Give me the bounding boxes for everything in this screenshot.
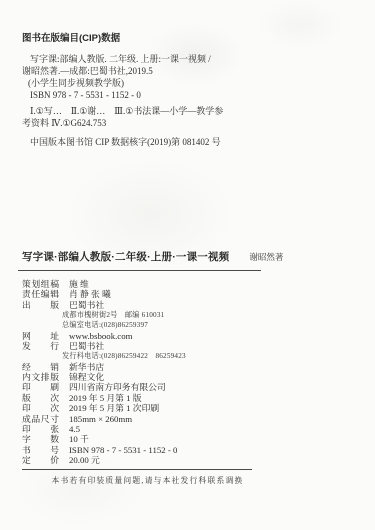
row-value: 巴蜀书社 [69,341,104,351]
cip-classification-line2: 考资料 Ⅳ.①G624.753 [22,117,322,129]
colophon-row-edition: 版 次2019 年 5 月第 1 版 [22,393,342,403]
row-value: 施 维 [69,279,89,289]
colophon-row-editor: 责任编辑肖 静 张 曦 [22,289,342,299]
row-value: 巴蜀书社 [69,300,104,310]
row-label: 印 张 [22,424,59,434]
colophon-row-printing: 印 次2019 年 5 月第 1 次印刷 [22,403,342,413]
colophon-row-isbn: 书 号ISBN 978 - 7 - 5531 - 1152 - 0 [22,445,342,455]
book-title-bar: 写字课·部编人教版·二年级·上册·一课一视频 谢昭然著 [22,249,264,264]
row-value: 四川省南方印务有限公司 [69,382,166,392]
cip-isbn-line: ISBN 978 - 7 - 5531 - 1152 - 0 [22,89,322,101]
publisher-address: 成都市槐树街2号 邮编 610031 [62,310,342,320]
row-value: ISBN 978 - 7 - 5531 - 1152 - 0 [69,445,177,455]
row-label: 策划组稿 [22,279,59,289]
row-value: 185mm × 260mm [69,414,132,424]
title-divider-rule [18,270,261,271]
row-value: 肖 静 张 曦 [69,289,111,299]
row-label: 成品尺寸 [22,414,59,424]
row-value: 2019 年 5 月第 1 次印刷 [69,403,159,413]
row-label: 出 版 [22,300,59,310]
row-label: 印 次 [22,403,59,413]
row-label: 责任编辑 [22,289,59,299]
row-label: 网 址 [22,331,59,341]
cip-block: 图书在版编目(CIP)数据 写字课:部编人教版. 二年级. 上册:一课一视频 /… [22,33,322,148]
cip-title-line: 写字课:部编人教版. 二年级. 上册:一课一视频 / [22,53,322,65]
row-label: 经 销 [22,362,59,372]
colophon-row-planning: 策划组稿施 维 [22,279,342,289]
cip-header: 图书在版编目(CIP)数据 [22,33,322,45]
row-label: 字 数 [22,434,59,444]
colophon-row-publisher: 出 版巴蜀书社 成都市槐树街2号 邮编 610031 总编室电话:(028)86… [22,300,342,331]
row-value: 4.5 [69,424,80,434]
colophon-row-website: 网 址www.bsbook.com [22,331,342,341]
colophon-row-sheets: 印 张4.5 [22,424,342,434]
row-label: 发 行 [22,341,59,351]
row-value: 锦程文化 [69,372,104,382]
distribution-phone: 发行科电话:(028)86259422 86259423 [62,351,342,361]
colophon-page: 图书在版编目(CIP)数据 写字课:部编人教版. 二年级. 上册:一课一视频 /… [0,0,375,530]
row-value: 新华书店 [69,362,104,372]
colophon-row-distribution: 发 行巴蜀书社 发行科电话:(028)86259422 86259423 [22,341,342,362]
cip-series-line: (小学生同步视频教学版) [22,77,322,89]
row-label: 内文排版 [22,372,59,382]
colophon-row-seller: 经 销新华书店 [22,362,342,372]
row-value: 10 千 [69,434,89,444]
colophon-row-wordcount: 字 数10 千 [22,434,342,444]
cip-classification-line1: Ⅰ.①写… Ⅱ.①谢… Ⅲ.①书法课—小学—教学参 [22,105,322,117]
cip-publisher-line: 谢昭然著.—成都:巴蜀书社,2019.5 [22,65,322,77]
row-value: 20.00 元 [69,455,100,465]
row-label: 版 次 [22,393,59,403]
row-label: 定 价 [22,455,59,465]
row-value: 2019 年 5 月第 1 版 [69,393,142,403]
cip-record-number: 中国版本图书馆 CIP 数据核字(2019)第 081402 号 [22,136,322,148]
colophon-row-price: 定 价20.00 元 [22,455,342,465]
book-author: 谢昭然著 [249,251,283,263]
website-url: www.bsbook.com [69,331,132,341]
cip-classification: Ⅰ.①写… Ⅱ.①谢… Ⅲ.①书法课—小学—教学参 考资料 Ⅳ.①G624.75… [22,105,322,129]
colophon-row-size: 成品尺寸185mm × 260mm [22,414,342,424]
row-label: 印 刷 [22,382,59,392]
footer-divider-rule [22,469,252,470]
colophon-row-typesetting: 内文排版锦程文化 [22,372,342,382]
book-title: 写字课·部编人教版·二年级·上册·一课一视频 [22,249,229,264]
colophon-table: 策划组稿施 维 责任编辑肖 静 张 曦 出 版巴蜀书社 成都市槐树街2号 邮编 … [22,279,342,466]
publisher-phone: 总编室电话:(028)86259397 [62,320,342,330]
colophon-row-printer: 印 刷四川省南方印务有限公司 [22,382,342,392]
row-label: 书 号 [22,445,59,455]
footer-note: 本书若有印装质量问题,请与本社发行科联系调换 [40,475,255,486]
